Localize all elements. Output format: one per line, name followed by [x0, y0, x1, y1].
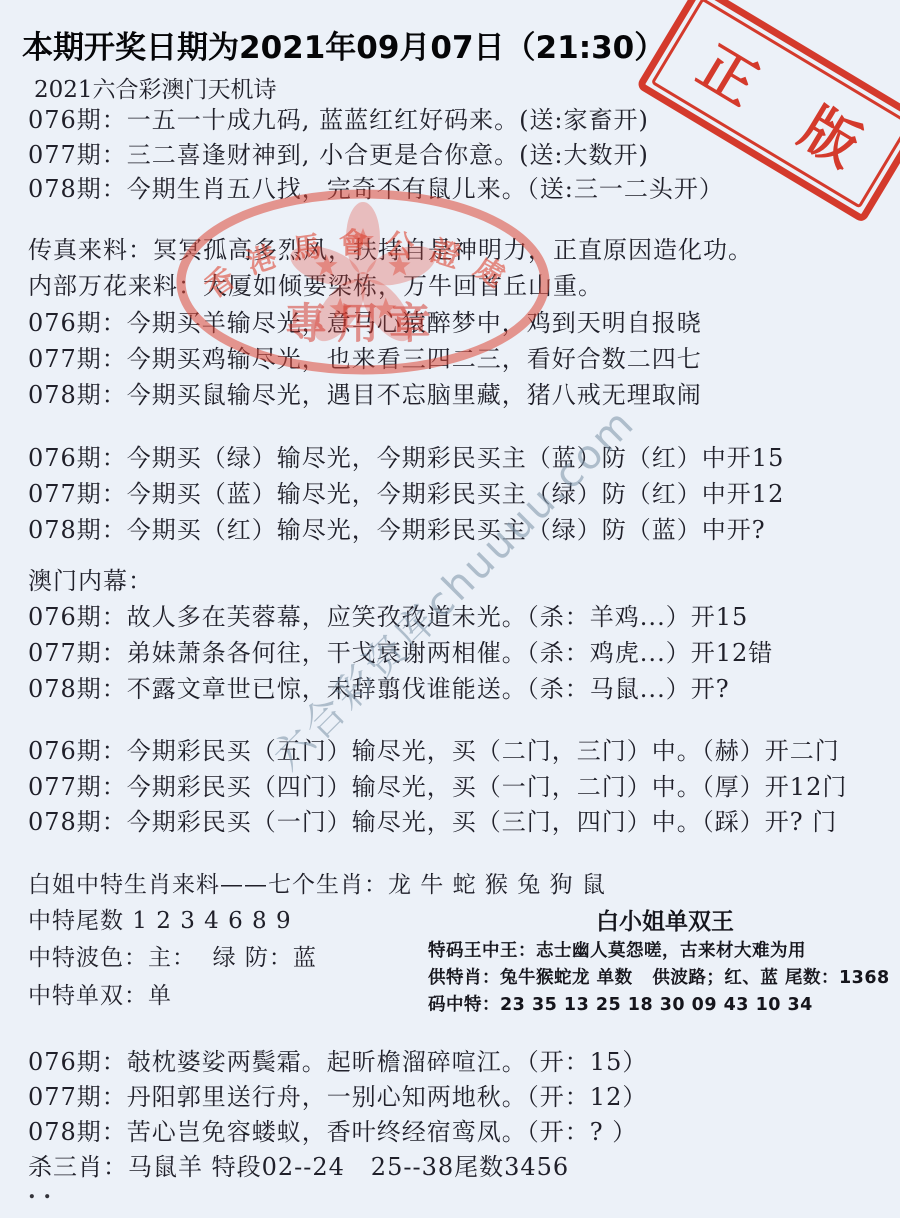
- lottery-tip-sheet: 本期开奖日期为2021年09月07日（21:30） 2021六合彩澳门天机诗 0…: [0, 0, 900, 1218]
- secai-line-076: 076期：今期买（绿）输尽光，今期彩民买主（蓝）防（红）中开15: [28, 438, 784, 473]
- secai-line-077: 077期：今期买（蓝）输尽光，今期彩民买主（绿）防（红）中开12: [28, 474, 784, 509]
- bottom-line-077: 077期：丹阳郭里送行舟，一别心知两地秋。（开：12）: [28, 1077, 647, 1112]
- tianjishi-line-076: 076期：一五一十成九码, 蓝蓝红红好码来。(送:家畜开): [28, 100, 649, 135]
- kill-three-zodiac-line: 杀三肖：马鼠羊 特段02--24 25--38尾数3456: [28, 1147, 569, 1182]
- baixiaojie-title: 白小姐单双王: [540, 903, 790, 936]
- baijie-zodiac-line: 白姐中特生肖来料——七个生肖：龙 牛 蛇 猴 兔 狗 鼠: [28, 866, 606, 899]
- bottom-line-078: 078期：苦心岂免容蝼蚁，香叶终经宿鸾凤。（开：? ）: [28, 1112, 637, 1147]
- tianjishi-line-077: 077期：三二喜逢财神到, 小合更是合你意。(送:大数开): [28, 135, 649, 170]
- bottom-line-076: 076期：攲枕婆娑两鬓霜。起昕檐溜碎喧江。（开：15）: [28, 1042, 647, 1077]
- baijie-tail-line: 中特尾数 1 2 3 4 6 8 9: [28, 902, 292, 935]
- notary-seal-stamp: 香港馬會公證處 專用章: [172, 186, 554, 378]
- baijie-oddeven-line: 中特单双：单: [28, 977, 172, 1010]
- men-line-078: 078期：今期彩民买（一门）输尽光，买（三门，四门）中。（踩）开? 门: [28, 802, 837, 837]
- men-line-077: 077期：今期彩民买（四门）输尽光，买（一门，二门）中。（厚）开12门: [28, 767, 847, 802]
- neimu-heading: 澳门内幕：: [28, 561, 153, 596]
- trailing-dots: . .: [28, 1178, 51, 1204]
- baijie-wave-line: 中特波色：主： 绿 防：蓝: [28, 939, 317, 972]
- baixiaojie-king-line: 特码王中王：志士幽人莫怨嗟，古来材大难为用: [428, 937, 806, 962]
- secai-line-078: 078期：今期买（红）输尽光，今期彩民买主（绿）防（蓝）中开?: [28, 510, 766, 545]
- men-line-076: 076期：今期彩民买（五门）输尽光，买（二门，三门）中。（赫）开二门: [28, 731, 840, 766]
- baixiaojie-zodiac-line: 供特肖：兔牛猴蛇龙 单数 供波路；红、蓝 尾数：1368: [428, 964, 890, 989]
- baixiaojie-codes-line: 码中特：23 35 13 25 18 30 09 43 10 34: [428, 991, 813, 1016]
- page-title: 本期开奖日期为2021年09月07日（21:30）: [22, 22, 665, 67]
- seal-center-text: 專用章: [285, 299, 441, 348]
